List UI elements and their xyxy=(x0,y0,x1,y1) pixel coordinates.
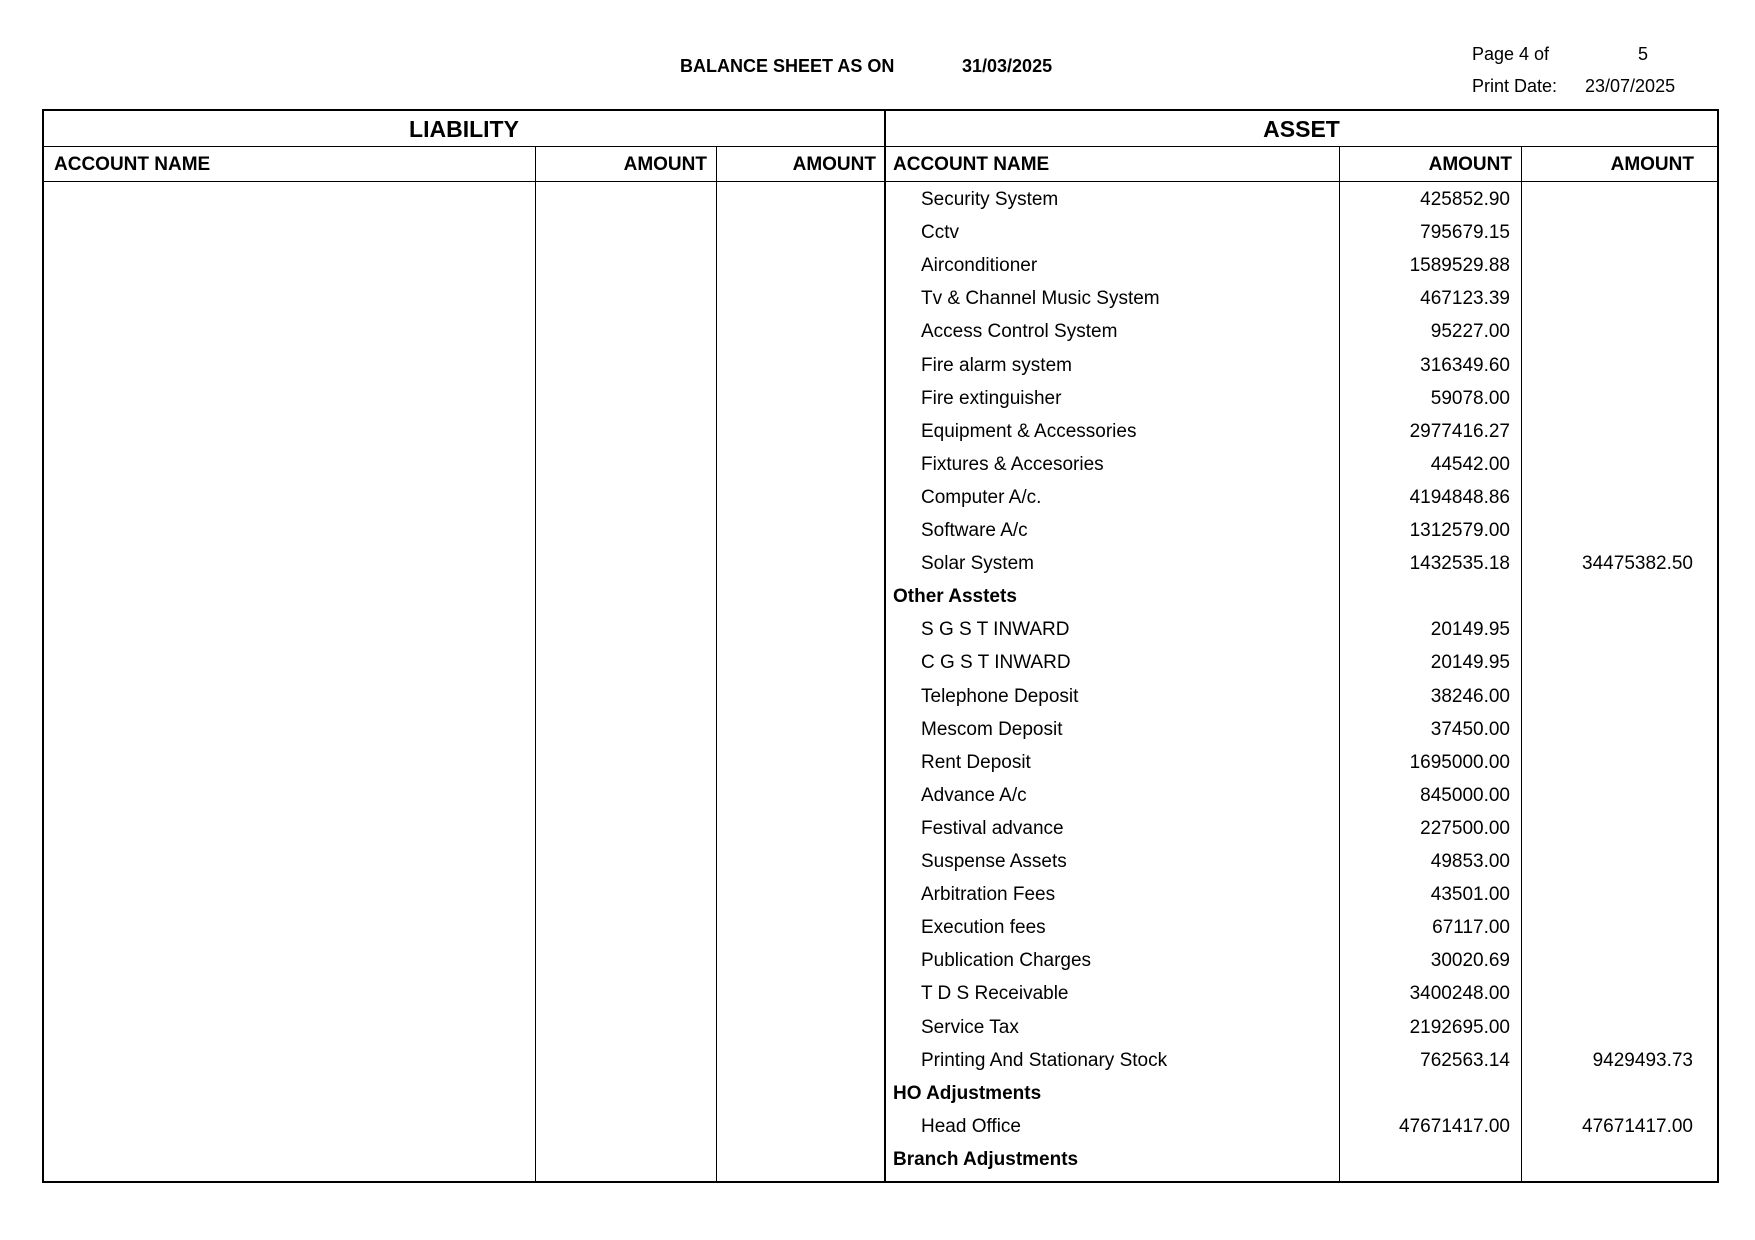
asset-amount: 37450.00 xyxy=(1339,713,1510,746)
report-title: BALANCE SHEET AS ON xyxy=(680,56,894,77)
asset-account-name: Advance A/c xyxy=(921,779,1341,812)
asset-amount-total xyxy=(1521,580,1693,613)
asset-amount: 2977416.27 xyxy=(1339,415,1510,448)
asset-col-amount-total: AMOUNT xyxy=(1521,146,1694,181)
asset-account-name: Cctv xyxy=(921,216,1341,249)
asset-amount: 47671417.00 xyxy=(1339,1110,1510,1143)
asset-amount: 1695000.00 xyxy=(1339,746,1510,779)
asset-amount-total xyxy=(1521,183,1693,216)
asset-account-name: Airconditioner xyxy=(921,249,1341,282)
asset-amount-total xyxy=(1521,382,1693,415)
asset-amount-total xyxy=(1521,812,1693,845)
asset-col-account-name: ACCOUNT NAME xyxy=(893,146,1333,181)
header-divider xyxy=(44,181,1717,182)
asset-amount-total xyxy=(1521,315,1693,348)
liability-col-amount-total: AMOUNT xyxy=(716,146,876,181)
asset-account-name: Arbitration Fees xyxy=(921,878,1341,911)
liability-col-account-name: ACCOUNT NAME xyxy=(54,146,524,181)
asset-account-name: Suspense Assets xyxy=(921,845,1341,878)
asset-amount: 3400248.00 xyxy=(1339,977,1510,1010)
asset-amount xyxy=(1339,1143,1510,1176)
asset-account-name: Head Office xyxy=(921,1110,1341,1143)
asset-account-name: Software A/c xyxy=(921,514,1341,547)
asset-amount-total xyxy=(1521,415,1693,448)
asset-amount: 467123.39 xyxy=(1339,282,1510,315)
asset-amount-total xyxy=(1521,680,1693,713)
asset-amount: 20149.95 xyxy=(1339,646,1510,679)
asset-account-name: Fire extinguisher xyxy=(921,382,1341,415)
asset-account-name: Tv & Channel Music System xyxy=(921,282,1341,315)
asset-amount xyxy=(1339,580,1510,613)
asset-account-name: Printing And Stationary Stock xyxy=(921,1044,1341,1077)
asset-account-name: Security System xyxy=(921,183,1341,216)
asset-group-heading: HO Adjustments xyxy=(893,1077,1313,1110)
asset-amount-total: 9429493.73 xyxy=(1521,1044,1693,1077)
asset-amount: 1432535.18 xyxy=(1339,547,1510,580)
asset-amount: 44542.00 xyxy=(1339,448,1510,481)
asset-amount: 4194848.86 xyxy=(1339,481,1510,514)
asset-account-name: C G S T INWARD xyxy=(921,646,1341,679)
page-total: 5 xyxy=(1638,44,1648,65)
asset-amount-total xyxy=(1521,1077,1693,1110)
asset-account-name: Solar System xyxy=(921,547,1341,580)
asset-amount-total xyxy=(1521,249,1693,282)
asset-amount: 762563.14 xyxy=(1339,1044,1510,1077)
asset-amount: 845000.00 xyxy=(1339,779,1510,812)
asset-amount: 227500.00 xyxy=(1339,812,1510,845)
asset-account-name: S G S T INWARD xyxy=(921,613,1341,646)
asset-account-name: Computer A/c. xyxy=(921,481,1341,514)
asset-amount: 425852.90 xyxy=(1339,183,1510,216)
asset-amount: 49853.00 xyxy=(1339,845,1510,878)
asset-amount: 67117.00 xyxy=(1339,911,1510,944)
asset-amount: 1312579.00 xyxy=(1339,514,1510,547)
asset-amount: 316349.60 xyxy=(1339,349,1510,382)
asset-amount: 795679.15 xyxy=(1339,216,1510,249)
asset-amount-total xyxy=(1521,977,1693,1010)
asset-amount-total xyxy=(1521,713,1693,746)
asset-amount-total xyxy=(1521,944,1693,977)
asset-amount-total xyxy=(1521,349,1693,382)
asset-amount-total xyxy=(1521,448,1693,481)
asset-section-title: ASSET xyxy=(884,111,1719,146)
asset-amount: 43501.00 xyxy=(1339,878,1510,911)
liability-col-amount: AMOUNT xyxy=(535,146,707,181)
asset-amount: 2192695.00 xyxy=(1339,1011,1510,1044)
asset-account-name: Fixtures & Accesories xyxy=(921,448,1341,481)
asset-group-heading: Other Asstets xyxy=(893,580,1313,613)
asset-amount-total: 47671417.00 xyxy=(1521,1110,1693,1143)
asset-amount-total xyxy=(1521,481,1693,514)
asset-account-name: Festival advance xyxy=(921,812,1341,845)
asset-amount-total xyxy=(1521,216,1693,249)
asset-amount-total xyxy=(1521,911,1693,944)
asset-account-name: Fire alarm system xyxy=(921,349,1341,382)
asset-amount-total xyxy=(1521,1143,1693,1176)
asset-amount-total xyxy=(1521,514,1693,547)
asset-account-name: Service Tax xyxy=(921,1011,1341,1044)
asset-col-amount: AMOUNT xyxy=(1339,146,1512,181)
asset-account-name: Publication Charges xyxy=(921,944,1341,977)
asset-amount-total xyxy=(1521,282,1693,315)
balance-sheet-table: LIABILITY ASSET ACCOUNT NAME AMOUNT AMOU… xyxy=(42,109,1719,1183)
asset-amount xyxy=(1339,1077,1510,1110)
asset-amount: 1589529.88 xyxy=(1339,249,1510,282)
asset-amount-total xyxy=(1521,1011,1693,1044)
col-divider xyxy=(716,146,717,1181)
asset-amount: 38246.00 xyxy=(1339,680,1510,713)
liability-section-title: LIABILITY xyxy=(44,111,884,146)
asset-amount: 30020.69 xyxy=(1339,944,1510,977)
asset-amount: 95227.00 xyxy=(1339,315,1510,348)
asset-amount-total xyxy=(1521,779,1693,812)
asset-amount-total xyxy=(1521,845,1693,878)
asset-account-name: Equipment & Accessories xyxy=(921,415,1341,448)
asset-account-name: Mescom Deposit xyxy=(921,713,1341,746)
asset-account-name: Telephone Deposit xyxy=(921,680,1341,713)
asset-amount-total xyxy=(1521,878,1693,911)
asset-group-heading: Branch Adjustments xyxy=(893,1143,1313,1176)
asset-amount: 59078.00 xyxy=(1339,382,1510,415)
page-label: Page 4 of xyxy=(1472,44,1549,65)
col-divider xyxy=(535,146,536,1181)
as-on-date: 31/03/2025 xyxy=(962,56,1052,77)
asset-amount-total xyxy=(1521,746,1693,779)
print-date-label: Print Date: xyxy=(1472,76,1557,97)
asset-account-name: Access Control System xyxy=(921,315,1341,348)
asset-account-name: Execution fees xyxy=(921,911,1341,944)
asset-amount-total xyxy=(1521,646,1693,679)
print-date: 23/07/2025 xyxy=(1585,76,1675,97)
asset-account-name: T D S Receivable xyxy=(921,977,1341,1010)
asset-amount-total: 34475382.50 xyxy=(1521,547,1693,580)
section-divider xyxy=(884,111,886,1181)
asset-amount: 20149.95 xyxy=(1339,613,1510,646)
asset-amount-total xyxy=(1521,613,1693,646)
asset-account-name: Rent Deposit xyxy=(921,746,1341,779)
